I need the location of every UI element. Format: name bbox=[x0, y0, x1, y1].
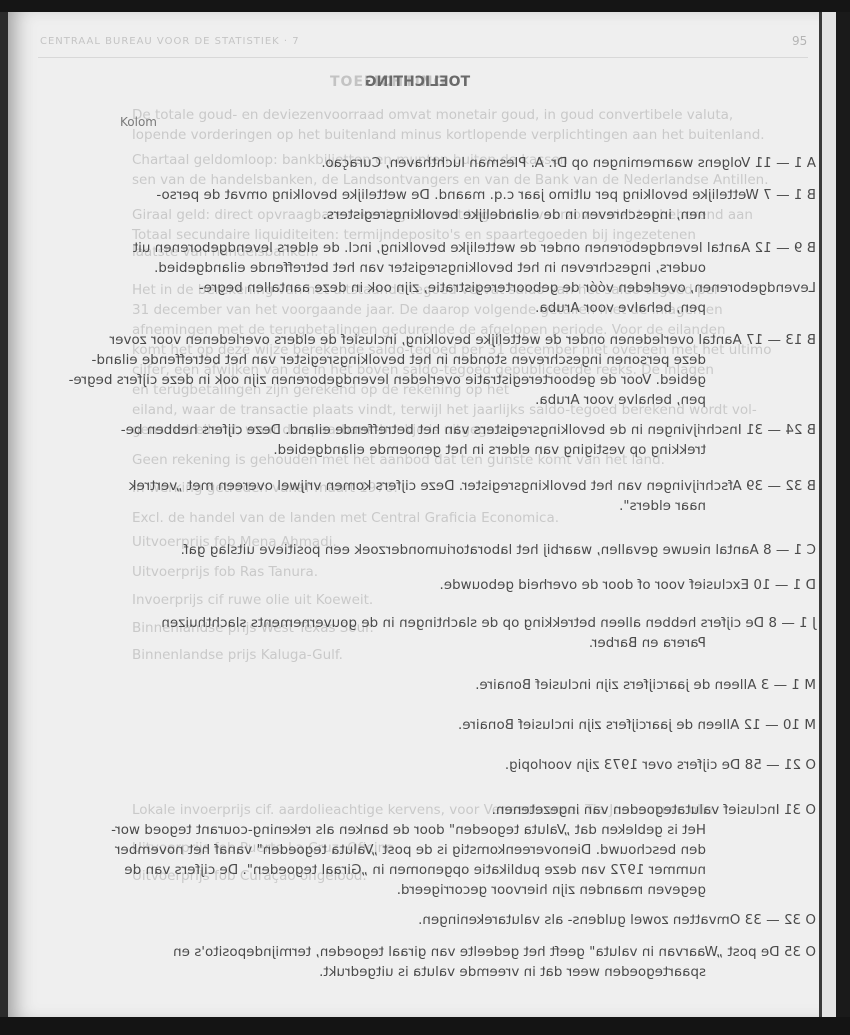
bleedthrough-line: naar elders". bbox=[6, 498, 816, 514]
bleedthrough-line: C 1 — 8 Aantal nieuwe gevallen, waarbij … bbox=[116, 542, 816, 558]
bleedthrough-line: Parera en Barber. bbox=[6, 635, 816, 651]
bleedthrough-line: deze personen ingeschreven stonden in he… bbox=[6, 352, 816, 368]
bleedthrough-line: spaartegoeden weer dat in vreemde valuta… bbox=[6, 964, 816, 980]
bleedthrough-line: gegeven maanden zijn hiervoor gecorrigee… bbox=[6, 882, 816, 898]
bleedthrough-line: O 35 De post „Waarvan in valuta" geeft h… bbox=[116, 944, 816, 960]
scanned-page: CENTRAAL BUREAU VOOR DE STATISTIEK · 7 9… bbox=[0, 12, 836, 1017]
bleedthrough-line: B 24 — 31 Inschrijvingen in de bevolking… bbox=[116, 422, 816, 438]
bleedthrough-line: O 32 — 33 Omvatten zowel guldens- als va… bbox=[116, 912, 816, 928]
bleedthrough-line: Het is gebleken dat „Valuta tegoeden" do… bbox=[6, 822, 816, 838]
bleedthrough-line: D 1 — 10 Exclusief voor of door de overh… bbox=[116, 577, 816, 593]
bleedthrough-line: B 32 — 39 Afschrijvingen van het bevolki… bbox=[116, 478, 816, 494]
bleedthrough-text: A 1 — 11 Volgens waarnemingen op Dr. A. … bbox=[0, 12, 836, 1017]
bleedthrough-line: J 1 — 8 De cijfers hebben alleen betrekk… bbox=[116, 615, 816, 631]
bleedthrough-line: nen, ingeschreven in de eilandelijke bev… bbox=[6, 207, 816, 223]
bleedthrough-line: B 9 — 12 Aantal levendgeborenen onder de… bbox=[116, 240, 816, 256]
bleedthrough-line: Levendgeborenen, overleden vóór de geboo… bbox=[116, 280, 816, 296]
bleedthrough-line: trekking op vestiging van elders in het … bbox=[6, 442, 816, 458]
bleedthrough-line: M 10 — 12 Alleen de jaarcijfers zijn inc… bbox=[116, 717, 816, 733]
bleedthrough-line: M 1 — 3 Alleen de jaarcijfers zijn inclu… bbox=[116, 677, 816, 693]
bleedthrough-line: gebied. Voor de geboorteregistratie over… bbox=[6, 372, 816, 388]
bleedthrough-line: A 1 — 11 Volgens waarnemingen op Dr. A. … bbox=[116, 155, 816, 171]
bleedthrough-line: pen, behalve voor Aruba. bbox=[6, 300, 816, 316]
bleedthrough-line: ouders, ingeschreven in het bevolkingsre… bbox=[6, 260, 816, 276]
bleedthrough-line: B 1 — 7 Wettelijke bevolking per ultimo … bbox=[116, 187, 816, 203]
scan-bottom-border bbox=[0, 1017, 850, 1035]
bleedthrough-line: O 31 Inclusief valutategoeden van ingeze… bbox=[116, 802, 816, 818]
scan-top-border bbox=[0, 0, 850, 12]
bleedthrough-line: den beschouwd. Dienovereenkomstig is de … bbox=[6, 842, 816, 858]
bleedthrough-line: O 21 — 58 De cijfers over 1973 zijn voor… bbox=[116, 757, 816, 773]
bleedthrough-line: nummer 1972 van deze publikatie opgenome… bbox=[6, 862, 816, 878]
bleedthrough-line: B 13 — 17 Aantal overledenen onder de we… bbox=[116, 332, 816, 348]
bleedthrough-line: pen, behalve voor Aruba. bbox=[6, 392, 816, 408]
